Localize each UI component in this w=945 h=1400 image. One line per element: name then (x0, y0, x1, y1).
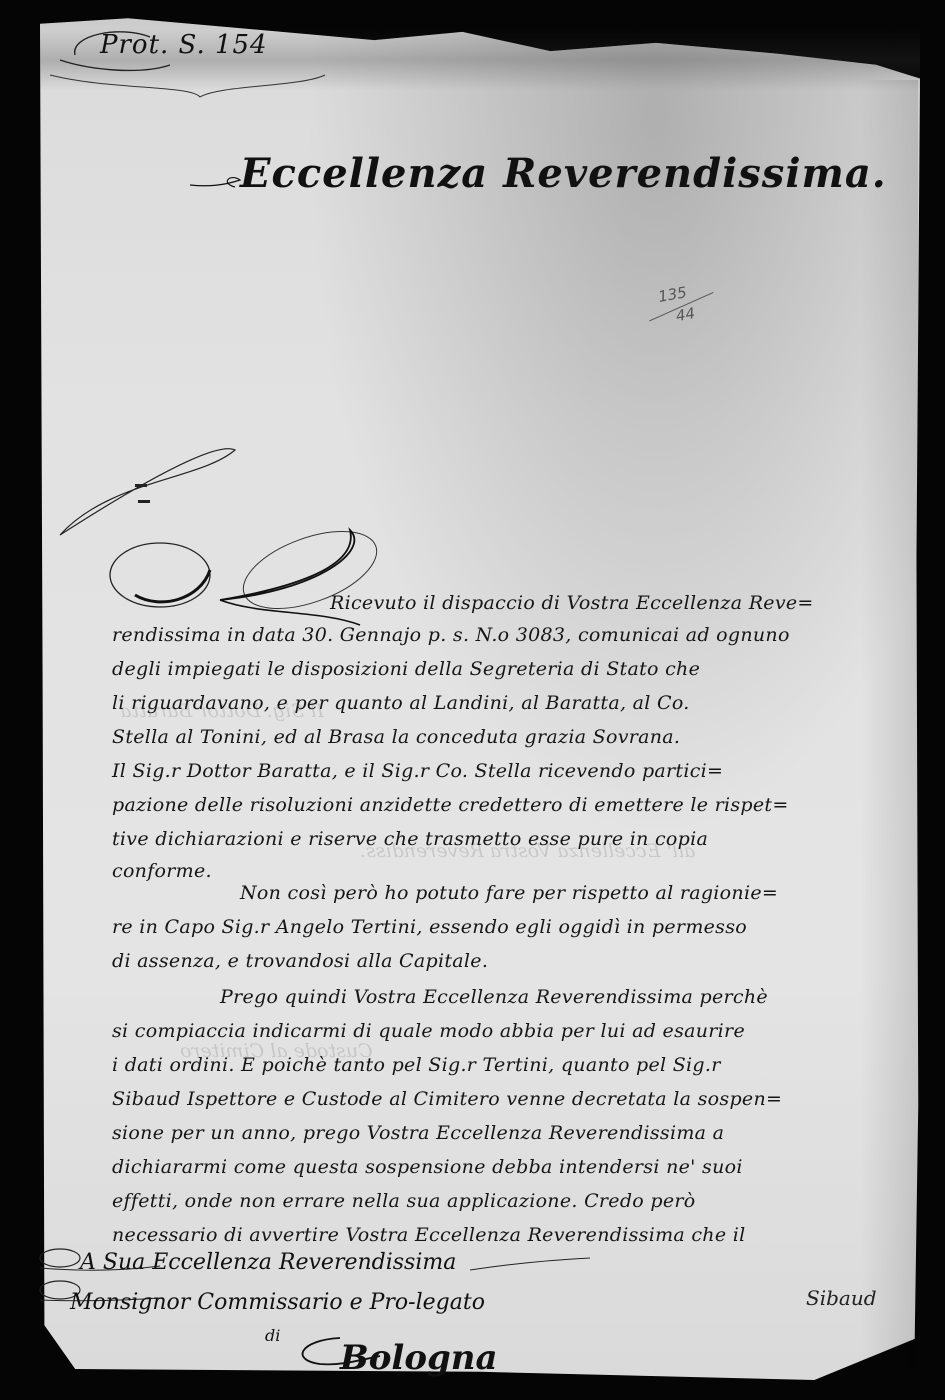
address-line-3: di (265, 1326, 280, 1345)
body-line-14: si compiaccia indicarmi di quale modo ab… (112, 1020, 745, 1042)
body-line-12: di assenza, e trovandosi alla Capitale. (112, 950, 488, 972)
body-line-18: dichiararmi come questa sospensione debb… (112, 1156, 743, 1178)
body-line-15: i dati ordini. E poichè tanto pel Sig.r … (112, 1054, 721, 1076)
address-city: Bologna (340, 1338, 498, 1378)
body-line-1: Ricevuto il dispaccio di Vostra Eccellen… (330, 592, 814, 614)
body-line-2: rendissima in data 30. Gennajo p. s. N.o… (112, 624, 790, 646)
body-line-17: sione per un anno, prego Vostra Eccellen… (112, 1122, 724, 1144)
body-line-6: Il Sig.r Dottor Baratta, e il Sig.r Co. … (112, 760, 723, 782)
body-line-10: Non così però ho potuto fare per rispett… (240, 882, 778, 904)
archival-pencil-note: 135 44 (657, 282, 697, 327)
catchword: Sibaud (806, 1286, 877, 1310)
address-line-1: A Sua Eccellenza Reverendissima (80, 1250, 456, 1275)
body-line-3: degli impiegati le disposizioni della Se… (112, 658, 700, 680)
body-line-11: re in Capo Sig.r Angelo Tertini, essendo… (112, 916, 747, 938)
body-line-13: Prego quindi Vostra Eccellenza Reverendi… (220, 986, 768, 1008)
body-line-20: necessario di avvertire Vostra Eccellenz… (112, 1224, 745, 1246)
body-line-16: Sibaud Ispettore e Custode al Cimitero v… (112, 1088, 782, 1110)
body-line-9: conforme. (112, 860, 212, 882)
body-line-7: pazione delle risoluzioni anzidette cred… (112, 794, 789, 816)
body-line-19: effetti, onde non errare nella sua appli… (112, 1190, 696, 1212)
body-line-4: li riguardavano, e per quanto al Landini… (112, 692, 690, 714)
body-line-8: tive dichiarazioni e riserve che trasmet… (112, 828, 708, 850)
body-line-5: Stella al Tonini, ed al Brasa la concedu… (112, 726, 680, 748)
salutation-heading: Eccellenza Reverendissima. (240, 150, 887, 197)
protocol-mark: Prot. S. 154 (100, 30, 268, 60)
address-line-2: Monsignor Commissario e Pro-legato (70, 1290, 485, 1315)
